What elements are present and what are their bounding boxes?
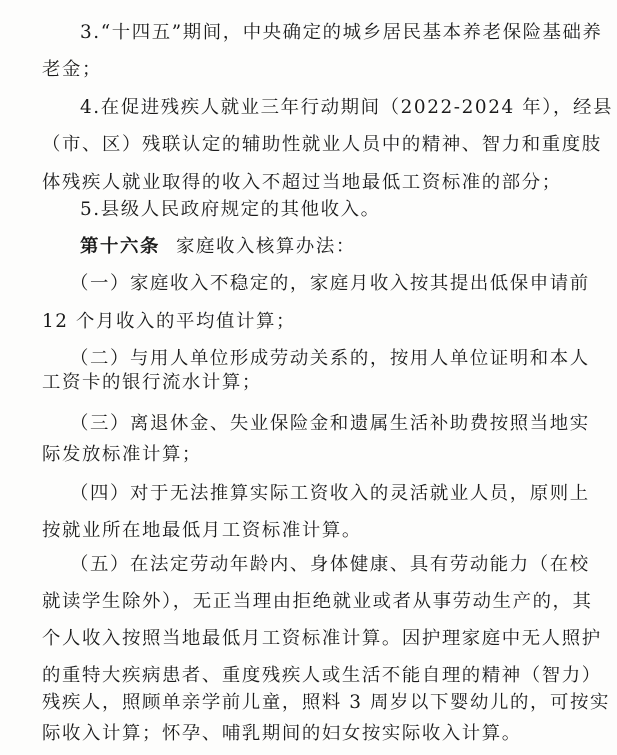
clause-1-line-2: 12 个月收入的平均值计算；: [42, 310, 582, 334]
clause-2-line-2: 工资卡的银行流水计算；: [42, 371, 582, 395]
clause-1-line-1: （一）家庭收入不稳定的，家庭月收入按其提出低保申请前: [70, 272, 582, 296]
item-4-line-1: 4.在促进残疾人就业三年行动期间（2022-2024 年），经县: [80, 96, 582, 120]
item-3-line-1: 3.“十四五”期间，中央确定的城乡居民基本养老保险基础养: [80, 21, 582, 45]
clause-2-line-1: （二）与用人单位形成劳动关系的，按用人单位证明和本人: [70, 347, 582, 371]
clause-3-line-1: （三）离退休金、失业保险金和遗属生活补助费按照当地实: [70, 412, 582, 436]
clause-4-line-2: 按就业所在地最低月工资标准计算。: [42, 519, 582, 543]
article-16-heading: 第十六条: [80, 236, 160, 257]
item-4-line-3: 体残疾人就业取得的收入不超过当地最低工资标准的部分；: [42, 171, 582, 195]
article-16-heading-line: 第十六条家庭收入核算办法：: [80, 235, 582, 259]
clause-4-line-1: （四）对于无法推算实际工资收入的灵活就业人员，原则上: [70, 482, 582, 506]
clause-5-line-1: （五）在法定劳动年龄内、身体健康、具有劳动能力（在校: [70, 553, 582, 577]
clause-5-line-6: 际收入计算；怀孕、哺乳期间的妇女按实际收入计算。: [42, 722, 582, 746]
item-4-line-2: （市、区）残联认定的辅助性就业人员中的精神、智力和重度肢: [42, 133, 582, 157]
item-3-line-2: 老金；: [42, 58, 582, 82]
document-page: 3.“十四五”期间，中央确定的城乡居民基本养老保险基础养 老金； 4.在促进残疾…: [0, 0, 617, 755]
clause-5-line-3: 个人收入按照当地最低月工资标准计算。因护理家庭中无人照护: [42, 627, 582, 651]
clause-3-line-2: 际发放标准计算；: [42, 443, 582, 467]
item-5-line-1: 5.县级人民政府规定的其他收入。: [80, 198, 582, 222]
article-16-title: 家庭收入核算办法：: [176, 236, 356, 257]
clause-5-line-2: 就读学生除外），无正当理由拒绝就业或者从事劳动生产的，其: [42, 590, 582, 614]
clause-5-line-4: 的重特大疾病患者、重度残疾人或生活不能自理的精神（智力）: [42, 664, 582, 688]
clause-5-line-5: 残疾人，照顾单亲学前儿童，照料 3 周岁以下婴幼儿的，可按实: [42, 691, 582, 715]
